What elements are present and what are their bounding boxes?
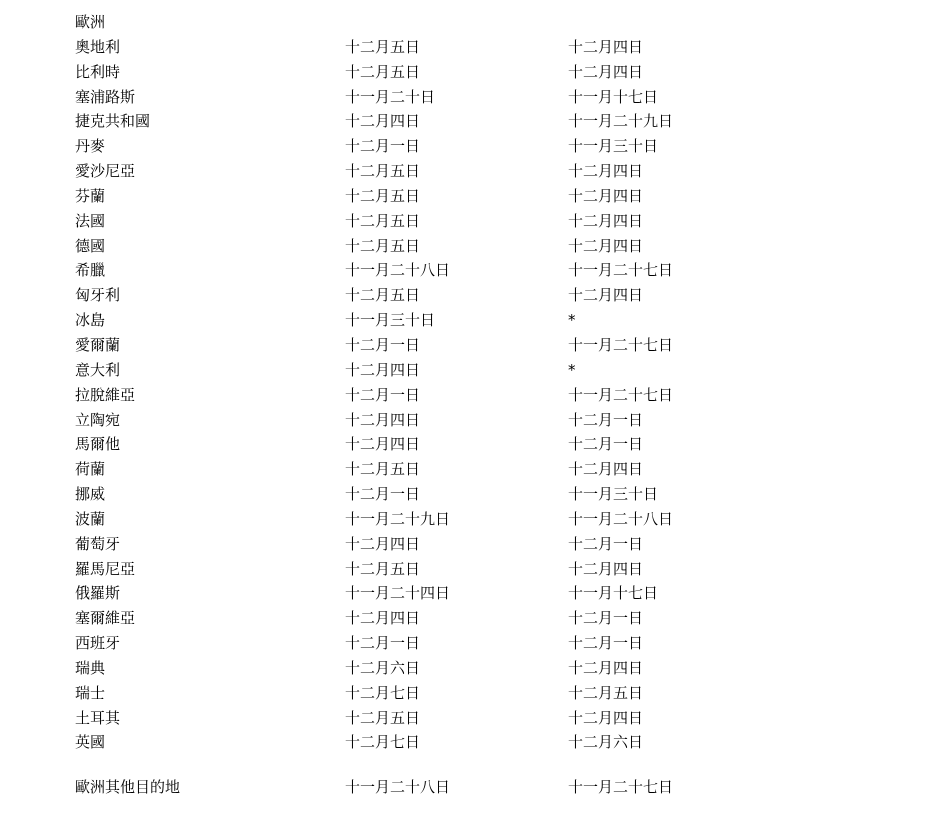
country-rows: 奧地利 十二月五日 十二月四日 比利時 十二月五日 十二月四日 塞浦路斯 十一月… <box>75 35 935 755</box>
date-col2: 十二月五日 <box>345 706 420 731</box>
date-col2: 十二月四日 <box>345 432 420 457</box>
table-row: 拉脫維亞 十二月一日 十一月二十七日 <box>75 383 935 408</box>
region-header: 歐洲 <box>75 10 105 35</box>
deadline-table: 歐洲 奧地利 十二月五日 十二月四日 比利時 十二月五日 十二月四日 塞浦路斯 … <box>75 10 935 800</box>
date-col3: 十二月四日 <box>568 159 643 184</box>
destination-label: 德國 <box>75 234 105 259</box>
table-row: 愛爾蘭 十二月一日 十一月二十七日 <box>75 333 935 358</box>
table-row: 奧地利 十二月五日 十二月四日 <box>75 35 935 60</box>
date-col3: 十一月二十七日 <box>568 383 673 408</box>
table-row: 愛沙尼亞 十二月五日 十二月四日 <box>75 159 935 184</box>
date-col2: 十二月四日 <box>345 358 420 383</box>
date-col3: 十二月四日 <box>568 557 643 582</box>
date-col3: 十二月一日 <box>568 631 643 656</box>
destination-label: 葡萄牙 <box>75 532 120 557</box>
table-row: 丹麥 十二月一日 十一月三十日 <box>75 134 935 159</box>
date-col2: 十一月二十九日 <box>345 507 450 532</box>
destination-label: 法國 <box>75 209 105 234</box>
date-col3: * <box>568 358 576 383</box>
table-row: 塞爾維亞 十二月四日 十二月一日 <box>75 606 935 631</box>
date-col2: 十二月一日 <box>345 134 420 159</box>
table-row: 意大利 十二月四日 * <box>75 358 935 383</box>
date-col3: 十二月六日 <box>568 730 643 755</box>
table-row: 荷蘭 十二月五日 十二月四日 <box>75 457 935 482</box>
region-header-row: 歐洲 <box>75 10 935 35</box>
date-col2: 十二月五日 <box>345 457 420 482</box>
table-row: 芬蘭 十二月五日 十二月四日 <box>75 184 935 209</box>
date-col3: * <box>568 308 576 333</box>
destination-label: 西班牙 <box>75 631 120 656</box>
table-row: 法國 十二月五日 十二月四日 <box>75 209 935 234</box>
table-row: 馬爾他 十二月四日 十二月一日 <box>75 432 935 457</box>
date-col3: 十一月十七日 <box>568 581 658 606</box>
date-col2: 十二月六日 <box>345 656 420 681</box>
table-row: 比利時 十二月五日 十二月四日 <box>75 60 935 85</box>
destination-label: 馬爾他 <box>75 432 120 457</box>
destination-label: 愛沙尼亞 <box>75 159 135 184</box>
table-row: 羅馬尼亞 十二月五日 十二月四日 <box>75 557 935 582</box>
date-col2: 十二月四日 <box>345 606 420 631</box>
table-row: 土耳其 十二月五日 十二月四日 <box>75 706 935 731</box>
destination-label: 奧地利 <box>75 35 120 60</box>
table-row: 葡萄牙 十二月四日 十二月一日 <box>75 532 935 557</box>
destination-label: 英國 <box>75 730 105 755</box>
date-col3: 十一月二十九日 <box>568 109 673 134</box>
destination-label: 瑞典 <box>75 656 105 681</box>
destination-label: 瑞士 <box>75 681 105 706</box>
footer-row: 歐洲其他目的地 十一月二十八日 十一月二十七日 <box>75 775 935 800</box>
destination-label: 愛爾蘭 <box>75 333 120 358</box>
date-col3: 十二月四日 <box>568 209 643 234</box>
date-col3: 十二月四日 <box>568 706 643 731</box>
destination-label: 拉脫維亞 <box>75 383 135 408</box>
table-row: 塞浦路斯 十一月二十日 十一月十七日 <box>75 85 935 110</box>
date-col2: 十二月五日 <box>345 159 420 184</box>
date-col2: 十一月二十八日 <box>345 258 450 283</box>
date-col2: 十二月七日 <box>345 730 420 755</box>
table-row: 瑞典 十二月六日 十二月四日 <box>75 656 935 681</box>
destination-label: 冰島 <box>75 308 105 333</box>
date-col2: 十一月二十日 <box>345 85 435 110</box>
table-row: 立陶宛 十二月四日 十二月一日 <box>75 408 935 433</box>
date-col3: 十二月四日 <box>568 656 643 681</box>
table-row: 西班牙 十二月一日 十二月一日 <box>75 631 935 656</box>
destination-label: 荷蘭 <box>75 457 105 482</box>
table-row: 瑞士 十二月七日 十二月五日 <box>75 681 935 706</box>
destination-label: 捷克共和國 <box>75 109 150 134</box>
date-col2: 十二月四日 <box>345 532 420 557</box>
destination-label: 羅馬尼亞 <box>75 557 135 582</box>
destination-label: 挪威 <box>75 482 105 507</box>
footer-date-col2: 十一月二十八日 <box>345 775 450 800</box>
date-col2: 十二月七日 <box>345 681 420 706</box>
date-col3: 十一月三十日 <box>568 134 658 159</box>
date-col2: 十二月五日 <box>345 35 420 60</box>
date-col3: 十二月四日 <box>568 234 643 259</box>
destination-label: 丹麥 <box>75 134 105 159</box>
date-col3: 十二月一日 <box>568 408 643 433</box>
table-row: 英國 十二月七日 十二月六日 <box>75 730 935 755</box>
date-col2: 十二月五日 <box>345 184 420 209</box>
date-col3: 十二月四日 <box>568 457 643 482</box>
spacer-row <box>75 755 935 775</box>
table-row: 冰島 十一月三十日 * <box>75 308 935 333</box>
date-col3: 十二月一日 <box>568 432 643 457</box>
table-row: 希臘 十一月二十八日 十一月二十七日 <box>75 258 935 283</box>
date-col2: 十一月二十四日 <box>345 581 450 606</box>
footer-date-col3: 十一月二十七日 <box>568 775 673 800</box>
destination-label: 希臘 <box>75 258 105 283</box>
date-col3: 十二月一日 <box>568 606 643 631</box>
date-col2: 十二月四日 <box>345 109 420 134</box>
date-col3: 十二月四日 <box>568 283 643 308</box>
destination-label: 立陶宛 <box>75 408 120 433</box>
destination-label: 土耳其 <box>75 706 120 731</box>
destination-label: 意大利 <box>75 358 120 383</box>
table-row: 俄羅斯 十一月二十四日 十一月十七日 <box>75 581 935 606</box>
date-col2: 十二月一日 <box>345 333 420 358</box>
date-col2: 十二月四日 <box>345 408 420 433</box>
date-col2: 十二月五日 <box>345 557 420 582</box>
destination-label: 芬蘭 <box>75 184 105 209</box>
date-col3: 十二月四日 <box>568 60 643 85</box>
date-col2: 十二月五日 <box>345 60 420 85</box>
date-col3: 十一月十七日 <box>568 85 658 110</box>
date-col2: 十二月一日 <box>345 482 420 507</box>
table-row: 匈牙利 十二月五日 十二月四日 <box>75 283 935 308</box>
date-col3: 十二月五日 <box>568 681 643 706</box>
date-col2: 十二月五日 <box>345 283 420 308</box>
date-col3: 十二月一日 <box>568 532 643 557</box>
table-row: 波蘭 十一月二十九日 十一月二十八日 <box>75 507 935 532</box>
date-col3: 十一月二十七日 <box>568 258 673 283</box>
date-col2: 十二月五日 <box>345 209 420 234</box>
table-row: 德國 十二月五日 十二月四日 <box>75 234 935 259</box>
destination-label: 匈牙利 <box>75 283 120 308</box>
date-col2: 十二月五日 <box>345 234 420 259</box>
destination-label: 塞浦路斯 <box>75 85 135 110</box>
destination-label: 波蘭 <box>75 507 105 532</box>
table-row: 挪威 十二月一日 十一月三十日 <box>75 482 935 507</box>
date-col2: 十一月三十日 <box>345 308 435 333</box>
date-col2: 十二月一日 <box>345 383 420 408</box>
date-col3: 十一月二十八日 <box>568 507 673 532</box>
destination-label: 歐洲其他目的地 <box>75 775 180 800</box>
destination-label: 比利時 <box>75 60 120 85</box>
date-col3: 十一月二十七日 <box>568 333 673 358</box>
table-row: 捷克共和國 十二月四日 十一月二十九日 <box>75 109 935 134</box>
destination-label: 塞爾維亞 <box>75 606 135 631</box>
date-col3: 十一月三十日 <box>568 482 658 507</box>
date-col3: 十二月四日 <box>568 184 643 209</box>
date-col3: 十二月四日 <box>568 35 643 60</box>
date-col2: 十二月一日 <box>345 631 420 656</box>
destination-label: 俄羅斯 <box>75 581 120 606</box>
